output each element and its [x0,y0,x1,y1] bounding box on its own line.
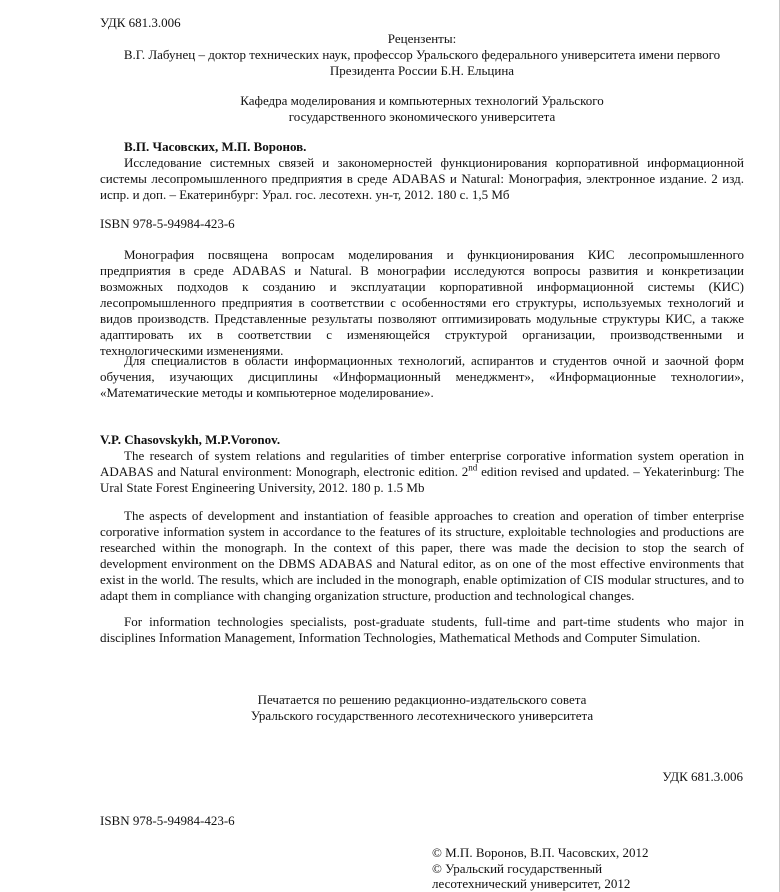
document-page: УДК 681.3.006 Рецензенты: В.Г. Лабунец –… [0,0,780,892]
copyright-line-2: © Уральский государственный [432,861,602,877]
copyright-line-3: лесотехнический университет, 2012 [432,876,630,892]
en-citation-superscript: nd [468,463,477,473]
department-line-1: Кафедра моделирования и компьютерных тех… [100,93,744,109]
department-line-2: государственного экономического универси… [100,109,744,125]
reviewers-heading: Рецензенты: [100,31,744,47]
reviewer-line-1: В.Г. Лабунец – доктор технических наук, … [100,47,744,63]
ru-audience: Для специалистов в области информационны… [100,353,744,401]
en-abstract: The aspects of development and instantia… [100,508,744,604]
udk-code-top: УДК 681.3.006 [100,15,181,31]
reviewer-line-2: Президента России Б.Н. Ельцина [100,63,744,79]
ru-abstract: Монография посвящена вопросам моделирова… [100,247,744,359]
copyright-line-1: © М.П. Воронов, В.П. Часовских, 2012 [432,845,649,861]
en-citation: The research of system relations and reg… [100,448,744,496]
ru-isbn: ISBN 978-5-94984-423-6 [100,216,235,232]
en-audience: For information technologies specialists… [100,614,744,646]
isbn-bottom: ISBN 978-5-94984-423-6 [100,813,235,829]
en-authors: V.P. Chasovskykh, M.P.Voronov. [100,432,280,448]
publication-note-line-1: Печатается по решению редакционно-издате… [100,692,744,708]
ru-authors: В.П. Часовских, М.П. Воронов. [124,139,306,155]
udk-code-bottom: УДК 681.3.006 [662,769,743,785]
ru-citation: Исследование системных связей и закономе… [100,155,744,203]
publication-note-line-2: Уральского государственного лесотехничес… [100,708,744,724]
